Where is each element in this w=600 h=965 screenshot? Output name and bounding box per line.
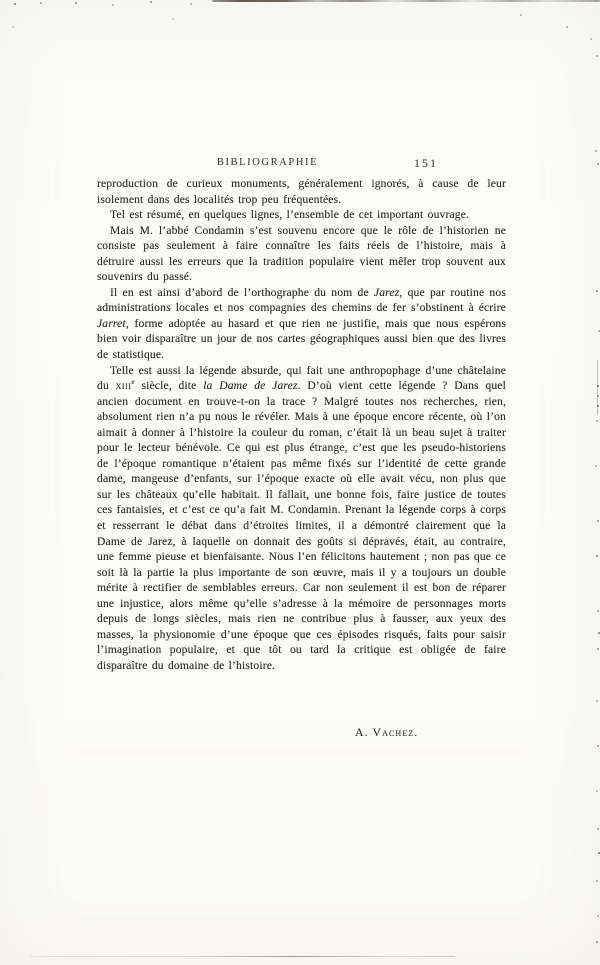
paragraph: reproduction de curieux monuments, génér… [97,176,506,207]
text-run: Jarret [97,317,126,330]
author-signature: A. Vachez. [355,725,418,740]
text-run: , forme adoptée au hasard et que rien ne… [97,317,506,361]
scan-noise-top-speckles [0,0,2,2]
text-run: xiii [116,379,132,392]
text-run: Jarez [374,286,399,299]
scan-noise-right-dash [597,360,598,415]
text-run: Il en est ainsi d’abord de l’orthographe… [110,286,374,299]
text-run: Tel est résumé, en quelques lignes, l’en… [110,208,469,221]
paragraph: Il en est ainsi d’abord de l’orthographe… [97,285,506,363]
text-run: siècle, dite [135,379,203,392]
body-text-column: reproduction de curieux monuments, génér… [97,176,506,674]
text-run: Mais M. l’abbé Condamin s’est souvenu en… [97,224,506,284]
paragraph: Mais M. l’abbé Condamin s’est souvenu en… [97,223,506,285]
paragraph: Tel est résumé, en quelques lignes, l’en… [97,207,506,223]
page-number: 151 [414,156,438,171]
scan-noise-top-line [212,0,600,2]
scan-noise-bottom-line [30,956,455,957]
page-header: BIBLIOGRAPHIE 151 [97,157,438,173]
text-run: reproduction de curieux monuments, génér… [97,177,506,206]
text-run: la Dame de Jarez [203,379,297,392]
text-run: . D’où vient cette légende ? Dans quel a… [97,379,506,672]
running-title: BIBLIOGRAPHIE [97,157,438,168]
scanned-book-page: BIBLIOGRAPHIE 151 reproduction de curieu… [0,0,600,965]
scan-noise-right-speckles [0,0,2,2]
paragraph: Telle est aussi la légende absurde, qui … [97,363,506,674]
